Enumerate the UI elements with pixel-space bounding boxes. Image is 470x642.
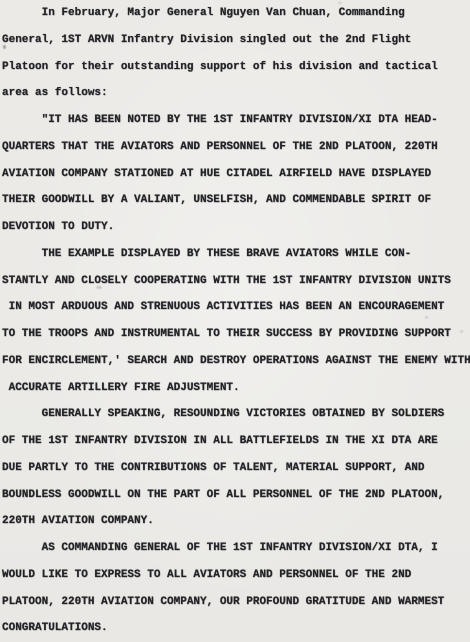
document-line: QUARTERS THAT THE AVIATORS AND PERSONNEL… [2,134,470,161]
document-line: WOULD LIKE TO EXPRESS TO ALL AVIATORS AN… [2,562,470,589]
document-line: AS COMMANDING GENERAL OF THE 1ST INFANTR… [2,535,470,562]
document-line: PLATOON, 220TH AVIATION COMPANY, OUR PRO… [2,589,470,616]
document-line: area as follows: [2,80,470,107]
document-line: GENERALLY SPEAKING, RESOUNDING VICTORIES… [2,401,470,428]
document-line: ACCURATE ARTILLERY FIRE ADJUSTMENT. [2,375,470,402]
document-line: Platoon for their outstanding support of… [2,54,470,81]
document-line: OF THE 1ST INFANTRY DIVISION IN ALL BATT… [2,428,470,455]
paragraph-quote-1: "IT HAS BEEN NOTED BY THE 1ST INFANTRY D… [2,107,470,241]
document-line: DUE PARTLY TO THE CONTRIBUTIONS OF TALEN… [2,455,470,482]
scan-speck [425,316,428,319]
document-line: General, 1ST ARVN Infantry Division sing… [2,27,470,54]
paragraph-quote-3: GENERALLY SPEAKING, RESOUNDING VICTORIES… [2,401,470,535]
document-line: FOR ENCIRCLEMENT,' SEARCH AND DESTROY OP… [2,348,470,375]
paragraph-quote-4: AS COMMANDING GENERAL OF THE 1ST INFANTR… [2,535,470,642]
scan-speck [96,286,102,289]
document-line: THEIR GOODWILL BY A VALIANT, UNSELFISH, … [2,187,470,214]
document-line: THE EXAMPLE DISPLAYED BY THESE BRAVE AVI… [2,241,470,268]
document-line: TO THE TROOPS AND INSTRUMENTAL TO THEIR … [2,321,470,348]
document-line: IN MOST ARDUOUS AND STRENUOUS ACTIVITIES… [2,294,470,321]
document-page: In February, Major General Nguyen Van Ch… [0,0,470,642]
scan-speck [338,2,342,4]
document-line: In February, Major General Nguyen Van Ch… [2,0,470,27]
document-line: BOUNDLESS GOODWILL ON THE PART OF ALL PE… [2,482,470,509]
paragraph-intro: In February, Major General Nguyen Van Ch… [2,0,470,107]
document-line: CONGRATULATIONS. [2,615,470,642]
document-line: 220TH AVIATION COMPANY. [2,508,470,535]
scan-speck [460,330,463,333]
document-line: DEVOTION TO DUTY. [2,214,470,241]
paragraph-quote-2: THE EXAMPLE DISPLAYED BY THESE BRAVE AVI… [2,241,470,402]
scan-speck [3,45,6,49]
document-line: STANTLY AND CLOSELY COOPERATING WITH THE… [2,268,470,295]
document-line: "IT HAS BEEN NOTED BY THE 1ST INFANTRY D… [2,107,470,134]
document-line: AVIATION COMPANY STATIONED AT HUE CITADE… [2,161,470,188]
